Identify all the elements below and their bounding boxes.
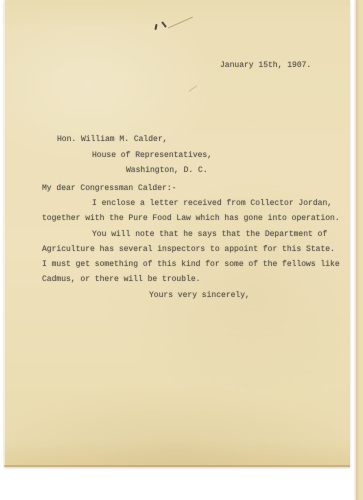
body-paragraph2-line1: You will note that he says that the Depa…	[92, 230, 327, 240]
recipient-organization: House of Representatives,	[92, 151, 212, 161]
ink-mark	[154, 24, 157, 30]
letter-date: January 15th, 1907.	[220, 61, 311, 71]
recipient-name: Hon. William M. Calder,	[57, 135, 167, 145]
letter-sheet: January 15th, 1907. Hon. William M. Cald…	[4, 0, 350, 467]
body-paragraph2-line2: Agriculture has several inspectors to ap…	[42, 245, 335, 255]
body-paragraph2-line3: I must get something of this kind for so…	[42, 260, 340, 270]
smudge-mark	[189, 85, 198, 92]
scratch-mark	[168, 17, 193, 29]
adjacent-page-edge	[356, 0, 363, 500]
recipient-place: Washington, D. C.	[126, 166, 208, 176]
closing: Yours very sincerely,	[149, 291, 250, 301]
body-paragraph1-line1: I enclose a letter received from Collect…	[92, 199, 332, 209]
body-paragraph1-line2: together with the Pure Food Law which ha…	[42, 214, 340, 224]
salutation: My dear Congressman Calder:-	[42, 184, 176, 194]
ink-mark	[161, 21, 167, 28]
body-paragraph2-line4: Cadmus, or there will be trouble.	[42, 275, 200, 285]
scanned-letter-page: January 15th, 1907. Hon. William M. Cald…	[0, 0, 363, 500]
